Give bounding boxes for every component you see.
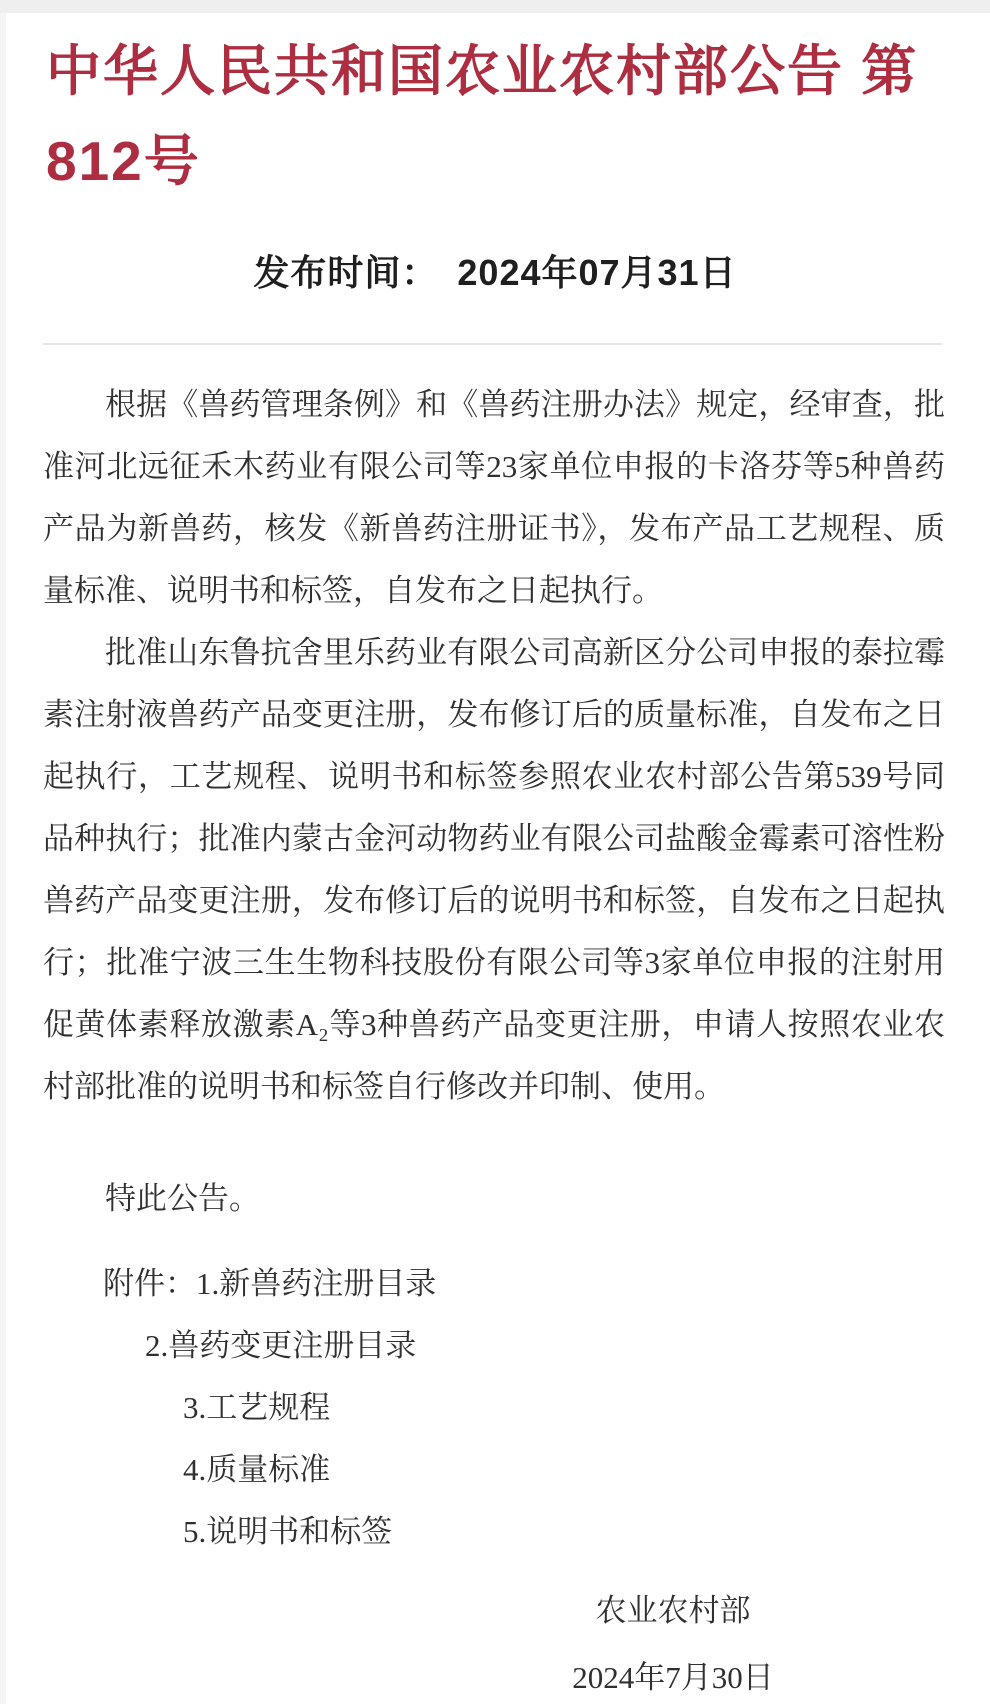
title-line-1: 中华人民共和国农业农村部公告 第 (46, 26, 950, 116)
announcement-body: 根据《兽药管理条例》和《兽药注册办法》规定，经审查，批准河北远征禾木药业有限公司… (43, 374, 945, 1704)
attachment-item-5: 5.说明书和标签 (43, 1501, 945, 1563)
publish-date-line: 发布时间： 2024年07月31日 (0, 248, 990, 298)
attachment-item-2: 2.兽药变更注册目录 (43, 1315, 945, 1377)
paragraph-new-drug-approval: 根据《兽药管理条例》和《兽药注册办法》规定，经审查，批准河北远征禾木药业有限公司… (43, 374, 945, 622)
announcement-page: 中华人民共和国农业农村部公告 第 812号 发布时间： 2024年07月31日 … (0, 0, 990, 1704)
attachment-item-3: 3.工艺规程 (43, 1377, 945, 1439)
attachments-list: 附件：1.新兽药注册目录 2.兽药变更注册目录 3.工艺规程 4.质量标准 5.… (43, 1253, 945, 1563)
header-divider (43, 343, 942, 345)
signature-organization: 农业农村部 (401, 1580, 945, 1642)
announcement-header: 中华人民共和国农业农村部公告 第 812号 发布时间： 2024年07月31日 (0, 26, 990, 298)
signature-block: 农业农村部 2024年7月30日 (401, 1580, 945, 1704)
attachments-label: 附件： (103, 1266, 196, 1301)
attachment-item-4: 4.质量标准 (43, 1439, 945, 1501)
attachment-row-1: 附件：1.新兽药注册目录 (43, 1253, 945, 1315)
attachment-item-1: 1.新兽药注册目录 (196, 1266, 436, 1301)
page-title: 中华人民共和国农业农村部公告 第 812号 (46, 26, 950, 206)
title-line-2: 812号 (46, 116, 950, 206)
paragraph-closing: 特此公告。 (43, 1168, 945, 1230)
signature-date: 2024年7月30日 (401, 1647, 945, 1704)
page-left-edge (0, 0, 6, 1704)
paragraph-registration-changes: 批准山东鲁抗舍里乐药业有限公司高新区分公司申报的泰拉霉素注射液兽药产品变更注册，… (43, 622, 945, 1118)
page-top-edge (0, 0, 990, 13)
